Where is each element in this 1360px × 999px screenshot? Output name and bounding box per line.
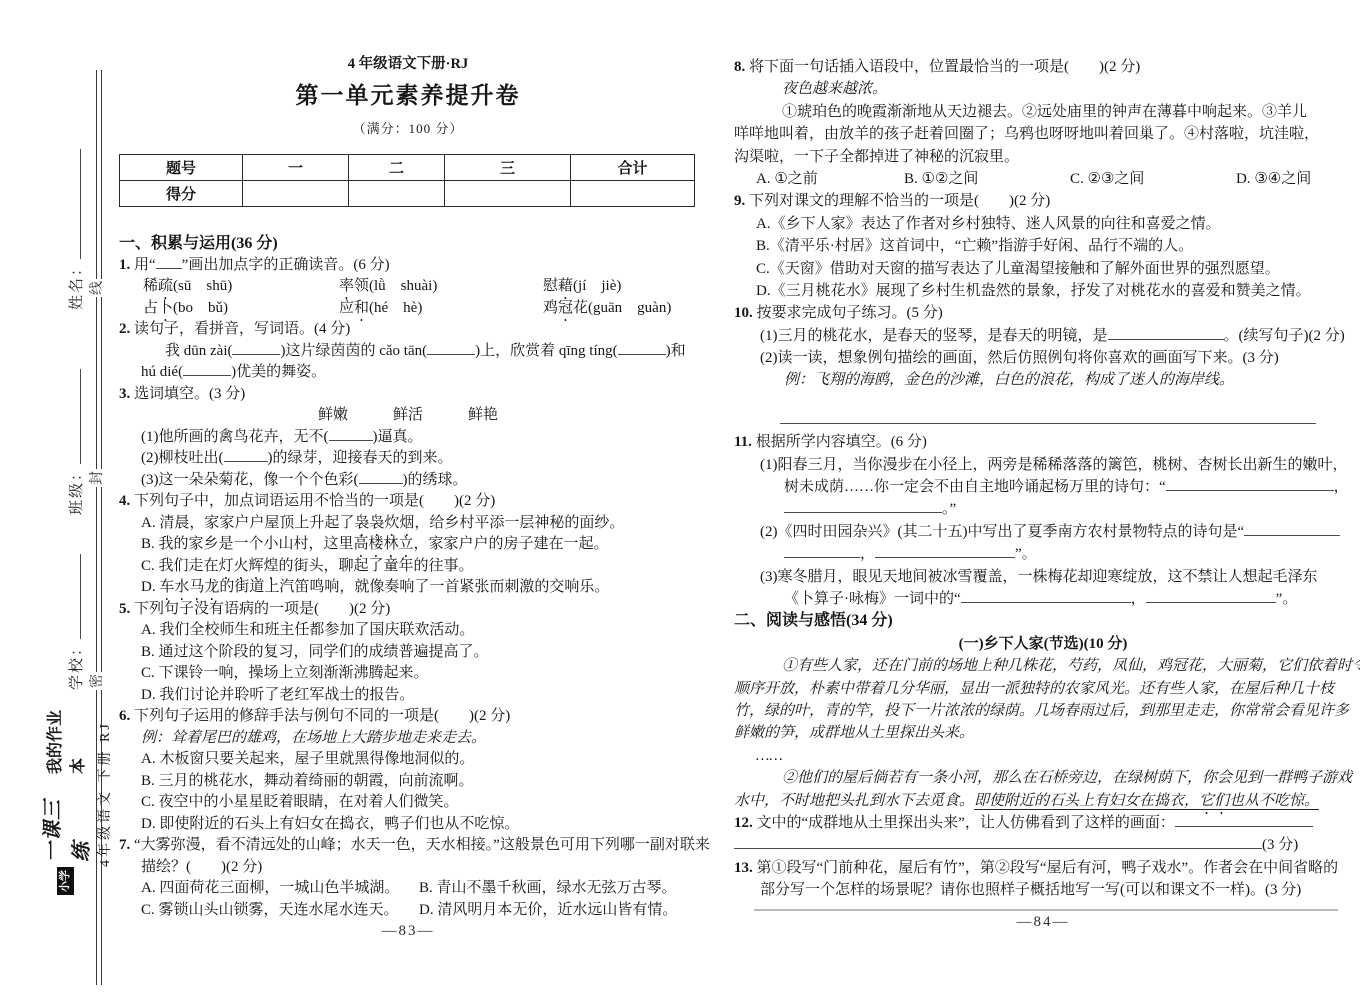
text-segment: 。(续写句子)(2 分) [1224,328,1345,344]
student-class-field: 班级： [64,345,90,515]
text-segment: 占 [143,300,158,316]
answer-blank[interactable] [780,410,1316,424]
text-segment: (hé hè) [369,300,422,316]
text-segment: A. 木板窗只要关起来，屋子里就黑得像地洞似的。 [141,751,474,767]
text-segment: 应 [339,300,354,316]
school-label: 学校： [69,639,85,690]
question-line: 2. 读句子，看拼音，写词语。(4 分) [119,319,697,341]
text-segment: 例：耸着尾巴的雄鸡，在场地上大踏步地走来走去。 [141,730,486,746]
answer-blank[interactable] [784,544,860,558]
page-title: 第一单元素养提升卷 [119,76,697,116]
text-segment: (1)阳春三月，当你漫步在小径上，两旁是稀稀落落的篱笆，桃树、杏树长出新生的嫩叶… [760,457,1348,473]
text-segment: 领(lǜ shuài) [354,278,437,294]
text-segment: (2)读一读，想象例句描绘的画面，然后仿照例句将你喜欢的画面写下来。(3 分) [760,350,1279,366]
option-line: A. 我们全校师生和班主任都参加了国庆联欢活动。 [119,620,697,642]
option-line: B. 三月的桃花水，舞动着绮丽的朝霞，向前流啊。 [119,771,697,793]
text-segment: 高楼林立 [354,536,414,552]
option-line: B. 我的家乡是一个小山村，这里高楼林立，家家户户的房子建在一起。 [119,534,697,556]
answer-blank[interactable] [1146,589,1276,603]
score-column-header: 二 [349,155,445,181]
option-line: C. 夜空中的小星星眨着眼睛，在对着人们微笑。 [119,792,697,814]
brand-edition: 4年级语文 下册 RJ [94,695,114,895]
text-segment: 灯火辉煌 [219,558,279,574]
text-segment: D.《三月桃花水》展现了乡村生机盎然的景象，抒发了对桃花水的喜爱和赞美之情。 [756,283,1311,299]
text-line: 《卜算子·咏梅》一词中的“，”。 [734,588,1352,610]
text-line: ②他们的屋后倘若有一条小河，那么在石桥旁边，在绿树荫下，你会见到一群鸭子游戏 [734,767,1352,789]
row-item: D. 清风明月本无价，近水远山皆有情。 [419,900,677,922]
text-segment: 6. [119,708,134,724]
question-line: 6. 下列句子运用的修辞手法与例句不同的一项是( )(2 分) [119,706,697,728]
row-item: B. ①②之间 [904,168,1070,190]
text-segment: 下列句子中，加点词语运用不恰当的一项是( )(2 分) [134,493,495,509]
option-line: D. 我们讨论并聆听了老红军战士的报告。 [119,685,697,707]
text-segment: 3. [119,386,134,402]
text-segment: 一、积累与运用(36 分) [119,235,278,252]
text-line: 描绘？( )(2 分) [119,857,697,879]
options-row: C. 雾锁山头山锁雾，天连水尾水连天。D. 清风明月本无价，近水远山皆有情。 [119,900,697,922]
question-line: 13. 第①段写“门前种花，屋后有竹”，第②段写“屋后有河，鸭子戏水”。作者会在… [734,857,1352,879]
text-line: 我 dūn zài()这片绿茵茵的 cǎo tān()上，欣赏着 qīng tí… [119,341,697,363]
text-segment: …… [756,748,783,764]
answer-blank[interactable] [734,835,1262,849]
class-blank[interactable] [65,369,81,464]
text-segment: )逼真。 [373,429,423,445]
answer-blank[interactable] [232,341,280,355]
text-segment: )和 [666,343,686,359]
text-segment: 《卜算子·咏梅》一词中的“ [784,591,961,607]
text-line: ，”。 [734,543,1352,565]
row-item: A. 四面荷花三面柳，一城山色半城湖。 [141,878,419,900]
text-segment: 疏 [158,278,173,294]
text-line: (1)阳春三月，当你漫步在小径上，两旁是稀稀落落的篱笆，桃树、杏树长出新生的嫩叶… [734,454,1352,476]
text-segment: D. 我们讨论并聆听了老红军战士的报告。 [141,687,414,703]
options-row: 占卜(bo bǔ)应和(hé hè)鸡冠花(guān guàn) [119,298,697,320]
question-line: 8. 将下面一句话插入语段中，位置最恰当的一项是( )(2 分) [734,56,1352,78]
spacer [119,207,697,233]
score-column-header: 三 [445,155,571,181]
brand-badge: 小学 [57,867,74,895]
text-segment: 竹，绿的叶，青的竿，投下一片浓浓的绿荫。几场春雨过后，到那里走走，你常常会看见许… [734,703,1349,719]
text-segment: ①有些人家，还在门前的场地上种几株花，芍药，凤仙，鸡冠花，大丽菊，它们依着时令， [782,658,1360,674]
text-segment: (1)他所画的禽鸟花卉，无不( [141,429,329,445]
score-row-label: 得分 [120,181,243,207]
seal-char-xian: 线 [89,279,107,297]
text-line: 部分写一个怎样的场景呢？请你也照样子概括地写一写(可以和课文不一样)。(3 分) [734,879,1352,901]
text-segment: (3)寒冬腊月，眼见天地间被冰雪覆盖，一株梅花却迎寒绽放，这不禁让人想起毛泽东 [760,569,1318,585]
text-segment: )的绣球。 [403,472,468,488]
row-item: A. ①之前 [756,168,904,190]
text-segment: B. 三月的桃花水，舞动着绮丽的朝霞，向前流啊。 [141,773,474,789]
text-segment: 下列句子运用的修辞手法与例句不同的一项是( )(2 分) [134,708,510,724]
text-segment: B. 通过这个阶段的复习，同学们的成绩普遍提高了。 [141,644,489,660]
text-segment: )的绿芽，迎接春天的到来。 [268,450,453,466]
option-line: B. 通过这个阶段的复习，同学们的成绩普遍提高了。 [119,642,697,664]
class-label: 班级： [69,464,85,515]
option-line: D.《三月桃花水》展现了乡村生机盎然的景象，抒发了对桃花水的喜爱和赞美之情。 [734,280,1352,302]
options-row: 稀疏(sū shū)率领(lǜ shuài)慰藉(jí jiè) [119,276,697,298]
text-segment: (jí jiè) [573,278,621,294]
text-segment: A. 清晨，家家户户屋顶上升起了 [141,515,354,531]
text-segment: 部分写一个怎样的场景呢？请你也照样子概括地写一写(可以和课文不一样)。(3 分) [760,882,1301,898]
answer-blank[interactable] [224,448,268,462]
text-line: (2)读一读，想象例句描绘的画面，然后仿照例句将你喜欢的画面写下来。(3 分) [734,347,1352,369]
text-segment: 9. [734,193,749,209]
text-segment: (1)三月的桃花水，是春天的竖琴，是春天的明镜，是 [760,328,1108,344]
question-line: 1. 用“”画出加点字的正确读音。(6 分) [119,255,697,277]
text-segment: C. 我们走在 [141,558,219,574]
text-segment: A. 我们全校师生和班主任都参加了国庆联欢活动。 [141,622,474,638]
option-line: C.《天窗》借助对天窗的描写表达了儿童渴望接触和了解外面世界的强烈愿望。 [734,258,1352,280]
text-line: (3 分) [734,834,1352,856]
text-segment: B. 我的家乡是一个小山村，这里 [141,536,354,552]
text-segment: 袅袅炊烟 [354,515,414,531]
question-line: 11. 根据所学内容填空。(6 分) [734,431,1352,453]
text-segment: 将下面一句话插入语段中，位置最恰当的一项是( )(2 分) [749,59,1140,75]
text-segment: 用“ [134,257,156,273]
question-line: 7. “大雾弥漫，看不清远处的山峰；水天一色，天水相接。”这般景色可用下列哪一副… [119,835,697,857]
text-segment: (一)乡下人家(节选)(10 分) [959,636,1128,652]
answer-blank[interactable] [1108,326,1224,340]
question-line: 3. 选词填空。(3 分) [119,384,697,406]
text-segment: (bo bǔ) [173,300,228,316]
row-item: 应和(hé hè) [339,298,543,320]
text-line: 树未成荫……你一定会不由自主地吟诵起杨万里的诗句：“， [734,476,1352,498]
left-page-content: 一、积累与运用(36 分)1. 用“”画出加点字的正确读音。(6 分)稀疏(sū… [119,233,697,943]
seal-char-feng: 封 [89,469,107,487]
text-segment: 水中，不时地把头扎到水下去觅食。 [734,793,974,809]
text-line: 咩咩地叫着，由放羊的孩子赶着回圈了；乌鸦也呀呀地叫着回巢了。④村落啦，坑洼啦， [734,123,1352,145]
text-segment: 树未成荫……你一定会不由自主地吟诵起杨万里的诗句：“ [784,479,1166,495]
text-segment: —84— [1017,914,1070,930]
text-segment: ， [1334,479,1349,495]
text-line [734,409,1352,431]
text-segment: 慰 [543,278,558,294]
page-number: —84— [734,911,1352,933]
right-page-content: 8. 将下面一句话插入语段中，位置最恰当的一项是( )(2 分)夜色越来越浓。①… [734,56,1352,934]
text-segment: 车水马龙 [159,579,219,595]
text-segment: 顺序开放，朴素中带着几分华丽，显出一派独特的农家风光。还有些人家，在屋后种几十枝 [734,681,1334,697]
text-line: 鲜嫩的笋，成群地从土里探出头来。 [734,722,1352,744]
row-item: D. ③④之间 [1236,168,1311,190]
text-segment: (2)《四时田园杂兴》(其二十五)中写出了夏季南方农村景物特点的诗句是“ [760,524,1244,540]
text-segment: 的街头，聊起了童年的往事。 [279,558,474,574]
text-segment: 鲜嫩 鲜活 鲜艳 [318,407,498,423]
page-left: 4 年级语文下册·RJ 第一单元素养提升卷 （满分：100 分） 题号一二三合计… [119,52,697,943]
option-line: D. 即使附近的石头上有妇女在捣衣，鸭子们也从不吃惊。 [119,814,697,836]
text-segment: 下列对课文的理解不恰当的一项是( )(2 分) [749,193,1050,209]
text-segment: (3)这一朵朵菊花，像一个个色彩( [141,472,359,488]
text-segment: B. 青山不墨千秋画，绿水无弦万古琴。 [419,880,677,896]
student-name-field: 姓名： [64,120,90,310]
text-line: 夜色越来越浓。 [734,78,1352,100]
row-item: 占卜(bo bǔ) [143,298,339,320]
spacer [119,142,697,154]
question-line: 10. 按要求完成句子练习。(5 分) [734,302,1352,324]
text-segment: 花(guān guàn) [573,300,671,316]
text-segment: 11. [734,434,756,450]
text-segment: 和 [354,300,369,316]
question-line: 5. 下列句子没有语病的一项是( )(2 分) [119,599,697,621]
text-segment: ，给乡村平添一层神秘的面纱。 [414,515,624,531]
answer-blank[interactable] [784,499,942,513]
text-line: 竹，绿的叶，青的竿，投下一片浓浓的绿荫。几场春雨过后，到那里走走，你常常会看见许… [734,700,1352,722]
text-segment: ”。 [1015,546,1037,562]
text-segment: 稀 [143,278,158,294]
spacer [734,392,1352,409]
row-item: C. ②③之间 [1070,168,1236,190]
options-row: A. ①之前B. ①②之间C. ②③之间D. ③④之间 [734,168,1352,190]
text-line: (1)三月的桃花水，是春天的竖琴，是春天的明镜，是。(续写句子)(2 分) [734,325,1352,347]
text-segment: C. ②③之间 [1070,171,1144,187]
text-segment: D. 清风明月本无价，近水远山皆有情。 [419,902,677,918]
text-segment: 13. [734,860,757,876]
text-segment: 第①段写“门前种花，屋后有竹”，第②段写“屋后有河，鸭子戏水”。作者会在中间省略… [757,860,1339,876]
text-segment: (2)柳枝吐出( [141,450,224,466]
row-item: 率领(lǜ shuài) [339,276,543,298]
text-segment: )上，欣赏着 qīng tíng( [475,343,618,359]
school-blank[interactable] [65,554,81,639]
brand-book: 我的作业本 [42,695,88,774]
text-segment: C. 雾锁山头山锁雾，天连水尾水连天。 [141,902,399,918]
text-line: (1)他所画的禽鸟花卉，无不()逼真。 [119,427,697,449]
text-segment: D. ③④之间 [1236,171,1311,187]
answer-blank[interactable] [875,544,1015,558]
answer-blank[interactable] [1244,522,1340,536]
text-segment: 藉 [558,278,573,294]
answer-blank[interactable] [1166,477,1334,491]
score-column-header: 一 [243,155,349,181]
text-segment: ①琥珀色的晚霞渐渐地从天边褪去。②远处庙里的钟声在薄暮中响起来。③羊儿 [782,104,1307,120]
question-line: 4. 下列句子中，加点词语运用不恰当的一项是( )(2 分) [119,491,697,513]
text-segment: 8. [734,59,749,75]
text-segment: 冠 [558,300,573,316]
text-segment: 。” [942,501,956,517]
text-segment: 卜 [158,300,173,316]
text-line: 沟渠啦，一下子全都掉进了神秘的沉寂里。 [734,146,1352,168]
text-line: …… [734,745,1352,767]
option-line: D. 车水马龙的街道上汽笛鸣响，就像奏响了一首紧张而刺激的交响乐。 [119,577,697,599]
row-item: B. 青山不墨千秋画，绿水无弦万古琴。 [419,878,677,900]
text-segment: D. [141,579,159,595]
text-segment: hú dié( [141,364,183,380]
text-segment: ②他们的屋后倘若有一条小河，那么在石桥旁边，在绿树荫下，你会见到一群鸭子游戏 [782,770,1352,786]
student-school-field: 学校： [64,530,90,690]
text-segment: 12. [734,815,757,831]
question-line: 12. 文中的“成群地从土里探出头来”，让人仿佛看到了这样的画面： [734,812,1352,834]
text-segment: 鲜嫩的笋，成群地从土里探出头来。 [734,725,974,741]
text-segment: 二、阅读与感悟(34 分) [734,612,893,629]
text-segment: C. 夜空中的小星星眨着眼睛，在对着人们微笑。 [141,794,459,810]
option-line: B.《清平乐·村居》这首词中，“亡赖”指游手好闲、品行不端的人。 [734,235,1352,257]
text-line: ①有些人家，还在门前的场地上种几株花，芍药，凤仙，鸡冠花，大丽菊，它们依着时令， [734,655,1352,677]
text-segment: A.《乡下人家》表达了作者对乡村独特、迷人风景的向往和喜爱之情。 [756,216,1221,232]
text-segment: ，家家户户的房子建在一起。 [414,536,609,552]
exam-seal-margin: 线 封 密 姓名： 班级： 学校： 小学 一课三练 我的作业本 4年级语文 下册… [0,0,118,999]
text-line: 顺序开放，朴素中带着几分华丽，显出一派独特的农家风光。还有些人家，在屋后种几十枝 [734,678,1352,700]
score-table-corner: 题号 [120,155,243,181]
answer-blank[interactable] [329,427,373,441]
text-line: 例：飞翔的海鸥，金色的沙滩，白色的浪花，构成了迷人的海岸线。 [734,369,1352,391]
text-segment: ， [1131,591,1146,607]
text-line: (2)《四时田园杂兴》(其二十五)中写出了夏季南方农村景物特点的诗句是“ [734,521,1352,543]
text-segment: 文中的“成群地从土里探出头来”，让人仿佛看到了这样的画面： [757,815,1175,831]
book-header: 4 年级语文下册·RJ [119,52,697,76]
text-segment: )优美的舞姿。 [231,364,326,380]
answer-blank[interactable] [618,341,666,355]
answer-blank[interactable] [961,589,1131,603]
options-row: A. 四面荷花三面柳，一城山色半城湖。B. 青山不墨千秋画，绿水无弦万古琴。 [119,878,697,900]
text-segment: 2. [119,321,134,337]
question-line: 9. 下列对课文的理解不恰当的一项是( )(2 分) [734,190,1352,212]
text-segment: 5. [119,601,134,617]
text-segment: 我 dūn zài( [165,343,232,359]
text-segment: 夜色越来越浓。 [782,81,887,97]
text-segment: 咩咩地叫着，由放羊的孩子赶着回圈了；乌鸦也呀呀地叫着回巢了。④村落啦，坑洼啦， [734,126,1319,142]
full-score-note: （满分：100 分） [119,116,697,142]
score-cell[interactable] [243,181,349,207]
text-segment: 它们 [1199,793,1229,810]
text-line: (2)柳枝吐出()的绿芽，迎接春天的到来。 [119,448,697,470]
text-line: 。” [734,498,1352,520]
text-segment: 也从不吃惊。 [1229,793,1319,810]
answer-blank[interactable] [359,470,403,484]
option-line: A. 木板窗只要关起来，屋子里就黑得像地洞似的。 [119,749,697,771]
section-heading: 一、积累与运用(36 分) [119,233,697,255]
score-cell[interactable] [445,181,571,207]
row-item: 慰藉(jí jiè) [543,276,621,298]
text-line: (3)这一朵朵菊花，像一个个色彩()的绣球。 [119,470,697,492]
score-cell[interactable] [349,181,445,207]
text-segment: 10. [734,305,757,321]
centered-line: (一)乡下人家(节选)(10 分) [734,633,1352,655]
option-line: C. 下课铃一响，操场上立刻渐渐沸腾起来。 [119,663,697,685]
text-segment: )这片绿茵茵的 cǎo tān( [280,343,427,359]
score-cell[interactable] [571,181,695,207]
text-segment: 沟渠啦，一下子全都掉进了神秘的沉寂里。 [734,149,1019,165]
option-line: A.《乡下人家》表达了作者对乡村独特、迷人风景的向往和喜爱之情。 [734,213,1352,235]
text-segment: D. 即使附近的石头上有妇女在捣衣，鸭子们也从不吃惊。 [141,816,519,832]
text-segment: 率 [339,278,354,294]
text-segment: 鸡 [543,300,558,316]
text-segment: 7. [119,837,134,853]
text-segment: ， [860,546,875,562]
text-segment: 4. [119,493,134,509]
score-table: 题号一二三合计得分 [119,154,695,207]
text-segment: 例：飞翔的海鸥，金色的沙滩，白色的浪花，构成了迷人的海岸线。 [784,372,1234,388]
centered-line: 鲜嫩 鲜活 鲜艳 [119,405,697,427]
score-column-header: 合计 [571,155,695,181]
text-segment: 选词填空。(3 分) [134,386,245,402]
answer-blank[interactable] [156,255,182,269]
option-line: A. 清晨，家家户户屋顶上升起了袅袅炊烟，给乡村平添一层神秘的面纱。 [119,513,697,535]
answer-blank[interactable] [183,362,231,376]
row-item: 稀疏(sū shū) [143,276,339,298]
text-segment: A. 四面荷花三面柳，一城山色半城湖。 [141,880,399,896]
text-segment: (3 分) [1262,837,1298,853]
page-number: —83— [119,921,697,943]
brand-logo: 小学 一课三练 我的作业本 4年级语文 下册 RJ [42,695,108,895]
text-segment: 读句子，看拼音，写词语。(4 分) [134,321,350,337]
text-line: (3)寒冬腊月，眼见天地间被冰雪覆盖，一株梅花却迎寒绽放，这不禁让人想起毛泽东 [734,566,1352,588]
text-segment: A. ①之前 [756,171,818,187]
text-segment: 按要求完成句子练习。(5 分) [757,305,943,321]
section-heading: 二、阅读与感悟(34 分) [734,610,1352,632]
text-segment: 的街道上汽笛鸣响，就像奏响了一首紧张而刺激的交响乐。 [219,579,609,595]
page-right: 8. 将下面一句话插入语段中，位置最恰当的一项是( )(2 分)夜色越来越浓。①… [734,56,1352,934]
text-segment: ”画出加点字的正确读音。(6 分) [182,257,390,273]
text-segment: C.《天窗》借助对天窗的描写表达了儿童渴望接触和了解外面世界的强烈愿望。 [756,261,1280,277]
text-line: ①琥珀色的晚霞渐渐地从天边褪去。②远处庙里的钟声在薄暮中响起来。③羊儿 [734,101,1352,123]
text-line: 水中，不时地把头扎到水下去觅食。即使附近的石头上有妇女在捣衣，它们也从不吃惊。 [734,790,1352,812]
text-segment: B. ①②之间 [904,171,978,187]
row-item: 鸡冠花(guān guàn) [543,298,671,320]
text-segment: “大雾弥漫，看不清远处的山峰；水天一色，天水相接。”这般景色可用下列哪一副对联来 [134,837,710,853]
text-segment: ”。 [1276,591,1298,607]
text-segment: 描绘？( )(2 分) [141,859,262,875]
text-segment: 下列句子没有语病的一项是( )(2 分) [134,601,390,617]
seal-char-mi: 密 [89,672,107,690]
spacer [734,901,1352,906]
answer-blank[interactable] [427,341,475,355]
text-segment: B.《清平乐·村居》这首词中，“亡赖”指游手好闲、品行不端的人。 [756,238,1193,254]
answer-blank[interactable] [1175,813,1313,827]
option-line: 例：耸着尾巴的雄鸡，在场地上大踏步地走来走去。 [119,728,697,750]
row-item: C. 雾锁山头山锁雾，天连水尾水连天。 [141,900,419,922]
text-segment: C. 下课铃一响，操场上立刻渐渐沸腾起来。 [141,665,429,681]
name-label: 姓名： [69,259,85,310]
brand-series: 一课三练 [36,779,94,862]
name-blank[interactable] [65,149,81,259]
option-line: C. 我们走在灯火辉煌的街头，聊起了童年的往事。 [119,556,697,578]
text-segment: 根据所学内容填空。(6 分) [756,434,927,450]
text-line: hú dié()优美的舞姿。 [119,362,697,384]
text-segment: (sū shū) [173,278,232,294]
text-segment: 1. [119,257,134,273]
text-segment: —83— [382,923,435,939]
text-segment: 即使附近的石头上有妇女在捣衣， [974,793,1199,810]
